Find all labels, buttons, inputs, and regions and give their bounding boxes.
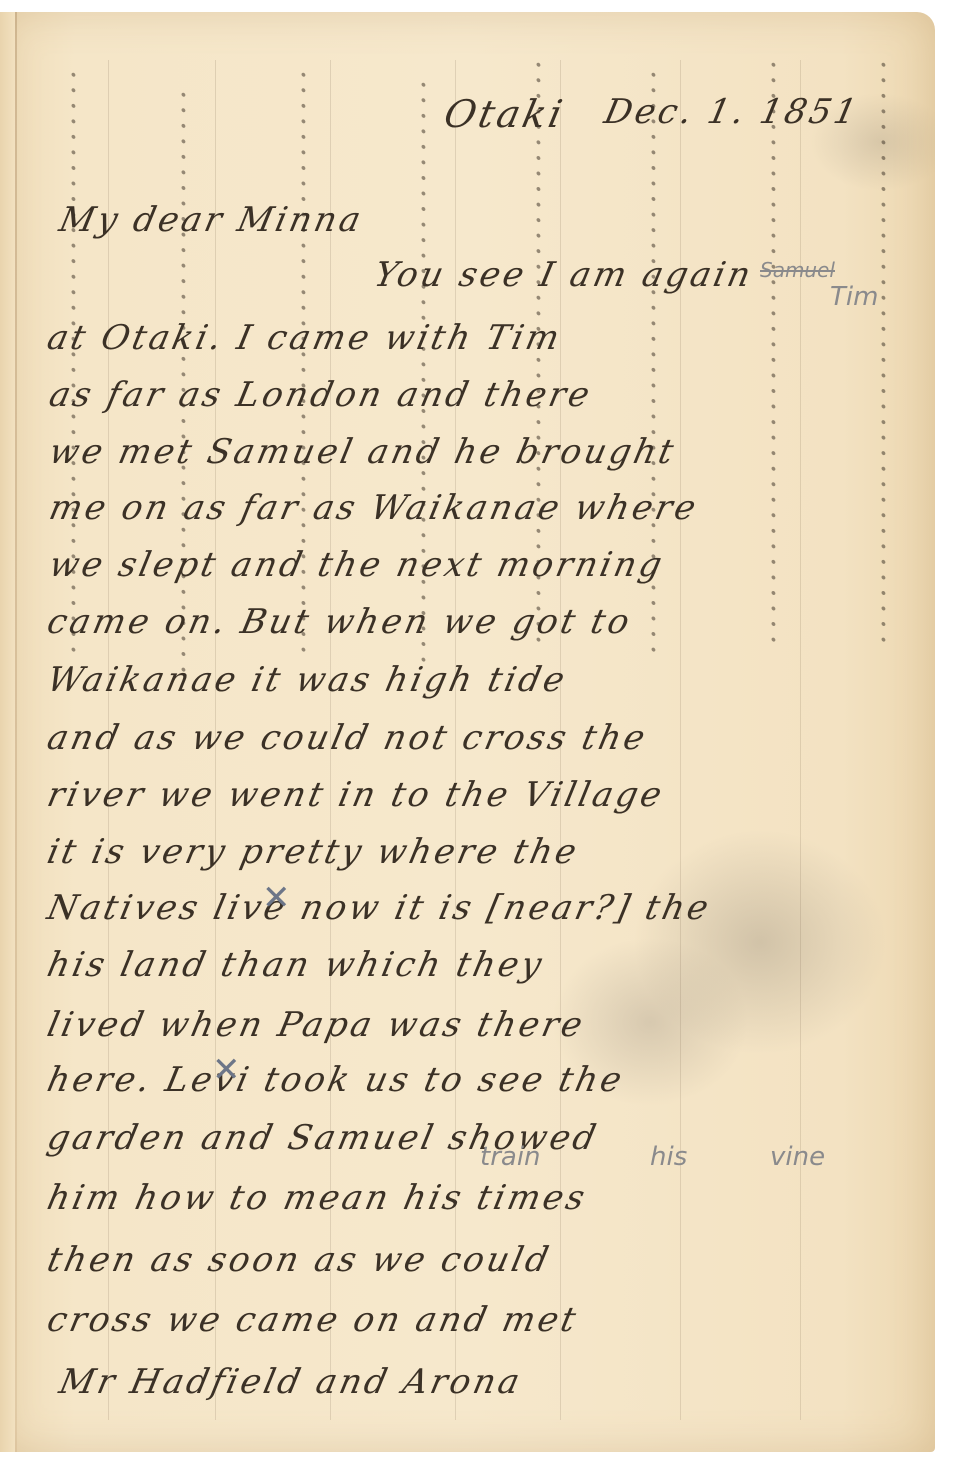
letter-line: Mr Hadfield and Arona xyxy=(56,1362,526,1402)
letter-line: Waikanae it was high tide xyxy=(44,660,571,700)
letter-line: me on as far as Waikanae where xyxy=(46,488,702,528)
letter-place: Otaki xyxy=(440,92,569,136)
letter-line: we met Samuel and he brought xyxy=(46,432,680,472)
pencil-insert-word: Tim xyxy=(830,282,878,312)
letter-line: Natives live now it is [near?] the xyxy=(44,888,715,928)
letter-line: at Otaki. I came with Tim xyxy=(44,318,566,358)
letter-line: river we went in to the Village xyxy=(44,775,668,815)
x-mark-icon: ✕ xyxy=(262,878,291,918)
cross-writing-column: ······································ xyxy=(865,60,900,650)
letter-line: cross we came on and met xyxy=(44,1300,582,1340)
pencil-note: his xyxy=(650,1142,687,1172)
letter-line: and as we could not cross the xyxy=(44,718,652,758)
left-page-edge xyxy=(0,12,15,1452)
letter-line: then as soon as we could xyxy=(44,1240,555,1280)
letter-line: it is very pretty where the xyxy=(44,832,583,872)
pencil-note: train xyxy=(480,1142,541,1172)
cross-writing-column: ······································ xyxy=(755,60,790,650)
x-mark-icon: ✕ xyxy=(212,1050,241,1090)
letter-line: lived when Papa was there xyxy=(44,1005,589,1045)
letter-line: You see I am again xyxy=(371,255,757,295)
salutation: My dear Minna xyxy=(56,200,367,240)
pencil-note: vine xyxy=(770,1142,825,1172)
pencil-struck-word: Samuel xyxy=(760,258,835,282)
letter-date: Dec. 1. 1851 xyxy=(601,92,863,132)
letter-line: as far as London and there xyxy=(46,375,596,415)
letter-line: came on. But when we got to xyxy=(44,602,636,642)
letter-line: here. Levi took us to see the xyxy=(44,1060,628,1100)
page-fold-line xyxy=(15,12,17,1452)
letter-line: his land than which they xyxy=(44,945,548,985)
letter-line: him how to mean his times xyxy=(44,1178,591,1218)
letter-line: we slept and the next morning xyxy=(46,545,669,585)
